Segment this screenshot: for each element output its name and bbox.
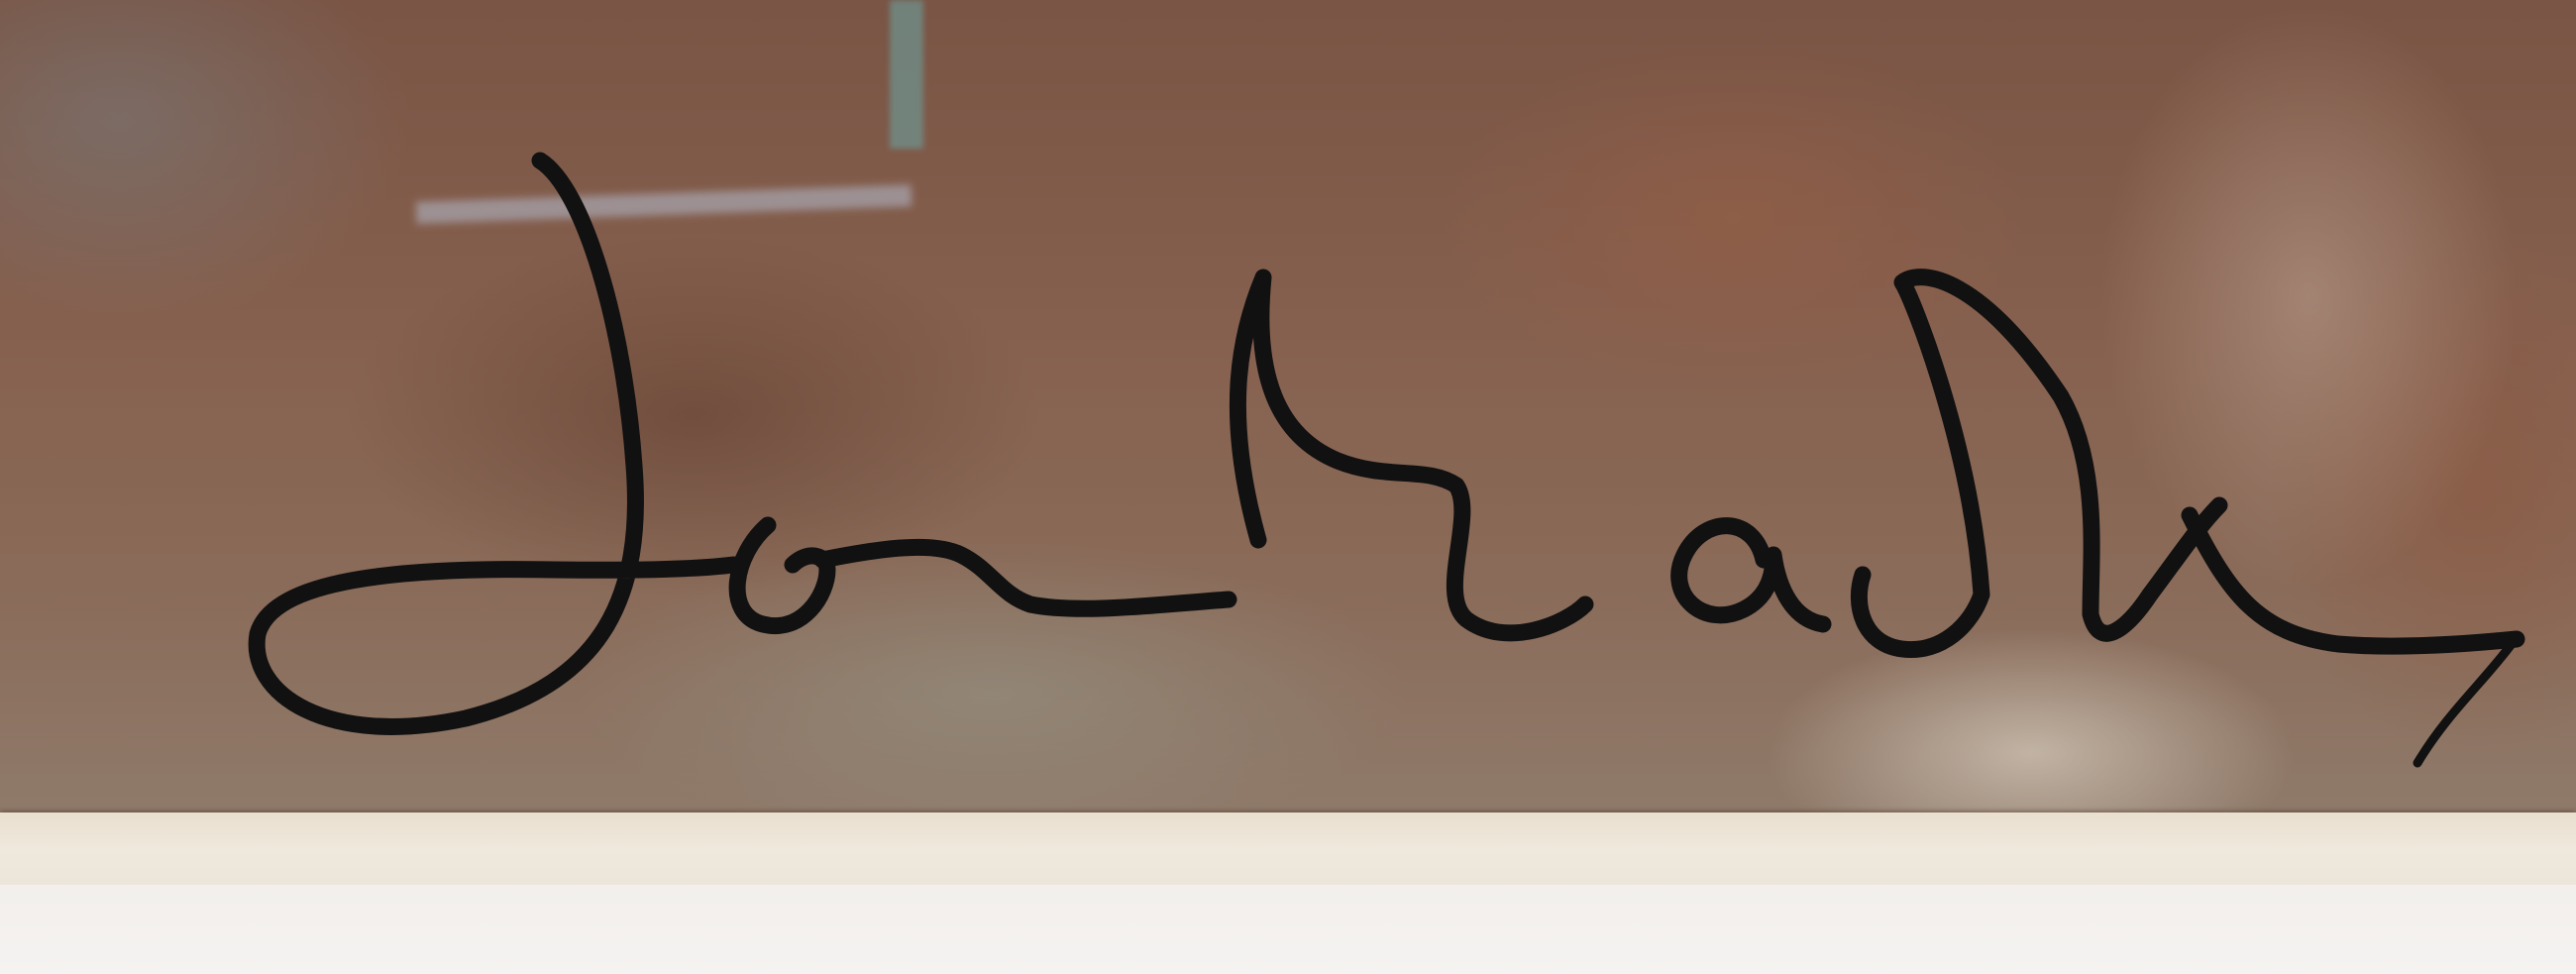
artist-signature — [0, 0, 2576, 814]
mat-bevel — [0, 812, 2576, 887]
mat-board — [0, 885, 2576, 974]
signature-photo — [0, 0, 2576, 974]
